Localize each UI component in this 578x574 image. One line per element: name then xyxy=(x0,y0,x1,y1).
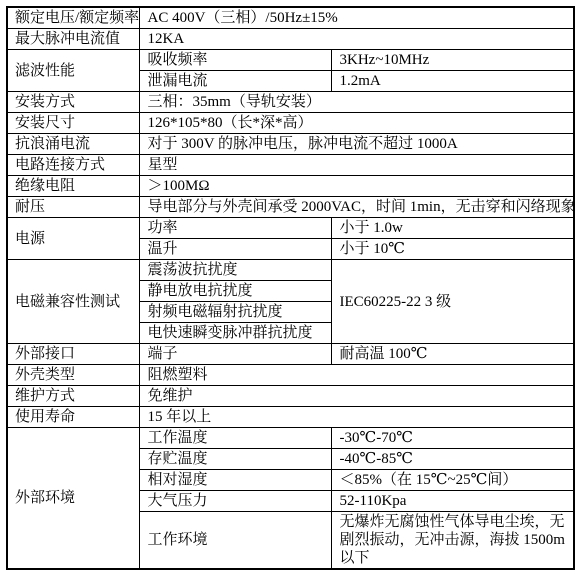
sub-label-cell: 功率 xyxy=(139,218,331,239)
value-cell: 3KHz~10MHz xyxy=(331,50,574,71)
table-row: 维护方式 免维护 xyxy=(7,386,574,407)
row-label-emc-test: 电磁兼容性测试 xyxy=(7,260,139,344)
table-row: 抗浪涌电流 对于 300V 的脉冲电压，脉冲电流不超过 1000A xyxy=(7,134,574,155)
row-label-external-interface: 外部接口 xyxy=(7,344,139,365)
value-cell: -40℃-85℃ xyxy=(331,449,574,470)
row-label-mounting-size: 安装尺寸 xyxy=(7,113,139,134)
sub-label-cell: 电快速瞬变脉冲群抗扰度 xyxy=(139,323,331,344)
value-cell: 星型 xyxy=(139,155,574,176)
table-row: 使用寿命 15 年以上 xyxy=(7,407,574,428)
value-cell: 15 年以上 xyxy=(139,407,574,428)
value-cell: ＜85%（在 15℃~25℃间） xyxy=(331,470,574,491)
table-row: 滤波性能 吸收频率 3KHz~10MHz xyxy=(7,50,574,71)
row-label-rated-voltage: 额定电压/额定频率 xyxy=(7,7,139,29)
value-cell-merged: IEC60225-22 3 级 xyxy=(331,260,574,344)
value-cell: 阻燃塑料 xyxy=(139,365,574,386)
sub-label-cell: 端子 xyxy=(139,344,331,365)
value-cell: -30℃-70℃ xyxy=(331,428,574,449)
sub-label-cell: 射频电磁辐射抗扰度 xyxy=(139,302,331,323)
row-label-mounting-method: 安装方式 xyxy=(7,92,139,113)
value-cell: AC 400V（三相）/50Hz±15% xyxy=(139,7,574,29)
table-row: 最大脉冲电流值 12KA xyxy=(7,29,574,50)
table-row: 安装尺寸 126*105*80（长*深*高） xyxy=(7,113,574,134)
table-row: 绝缘电阻 ＞100MΩ xyxy=(7,176,574,197)
spec-table: 额定电压/额定频率 AC 400V（三相）/50Hz±15% 最大脉冲电流值 1… xyxy=(6,6,575,570)
table-row: 电磁兼容性测试 震荡波抗扰度 IEC60225-22 3 级 xyxy=(7,260,574,281)
sub-label-cell: 震荡波抗扰度 xyxy=(139,260,331,281)
row-label-insulation-resistance: 绝缘电阻 xyxy=(7,176,139,197)
sub-label-cell: 温升 xyxy=(139,239,331,260)
value-cell: 小于 10℃ xyxy=(331,239,574,260)
value-cell: 无爆炸无腐蚀性气体导电尘埃，无剧烈振动，无冲击源，海拔 1500m 以下 xyxy=(331,512,574,570)
table-row: 安装方式 三相：35mm（导轨安装） xyxy=(7,92,574,113)
sub-label-cell: 工作温度 xyxy=(139,428,331,449)
row-label-withstand-voltage: 耐压 xyxy=(7,197,139,218)
table-row: 外部环境 工作温度 -30℃-70℃ xyxy=(7,428,574,449)
sub-label-cell: 存贮温度 xyxy=(139,449,331,470)
value-cell: 126*105*80（长*深*高） xyxy=(139,113,574,134)
table-row: 外部接口 端子 耐高温 100℃ xyxy=(7,344,574,365)
value-cell: 耐高温 100℃ xyxy=(331,344,574,365)
row-label-service-life: 使用寿命 xyxy=(7,407,139,428)
table-row: 额定电压/额定频率 AC 400V（三相）/50Hz±15% xyxy=(7,7,574,29)
value-cell: ＞100MΩ xyxy=(139,176,574,197)
value-cell: 12KA xyxy=(139,29,574,50)
table-row: 外壳类型 阻燃塑料 xyxy=(7,365,574,386)
table-row: 电源 功率 小于 1.0w xyxy=(7,218,574,239)
sub-label-cell: 泄漏电流 xyxy=(139,71,331,92)
value-cell: 免维护 xyxy=(139,386,574,407)
row-label-circuit-connection: 电路连接方式 xyxy=(7,155,139,176)
table-row: 耐压 导电部分与外壳间承受 2000VAC，时间 1min，无击穿和闪络现象 xyxy=(7,197,574,218)
value-cell: 52-110Kpa xyxy=(331,491,574,512)
row-label-shell-type: 外壳类型 xyxy=(7,365,139,386)
value-cell: 1.2mA xyxy=(331,71,574,92)
value-cell: 导电部分与外壳间承受 2000VAC，时间 1min，无击穿和闪络现象 xyxy=(139,197,574,218)
value-cell: 对于 300V 的脉冲电压，脉冲电流不超过 1000A xyxy=(139,134,574,155)
row-label-filter-performance: 滤波性能 xyxy=(7,50,139,92)
sub-label-cell: 静电放电抗扰度 xyxy=(139,281,331,302)
sub-label-cell: 工作环境 xyxy=(139,512,331,570)
value-cell: 三相：35mm（导轨安装） xyxy=(139,92,574,113)
table-row: 电路连接方式 星型 xyxy=(7,155,574,176)
row-label-surge-current: 抗浪涌电流 xyxy=(7,134,139,155)
row-label-max-pulse-current: 最大脉冲电流值 xyxy=(7,29,139,50)
row-label-external-environment: 外部环境 xyxy=(7,428,139,570)
row-label-maintenance: 维护方式 xyxy=(7,386,139,407)
sub-label-cell: 大气压力 xyxy=(139,491,331,512)
sub-label-cell: 相对湿度 xyxy=(139,470,331,491)
sub-label-cell: 吸收频率 xyxy=(139,50,331,71)
row-label-power-supply: 电源 xyxy=(7,218,139,260)
value-cell: 小于 1.0w xyxy=(331,218,574,239)
